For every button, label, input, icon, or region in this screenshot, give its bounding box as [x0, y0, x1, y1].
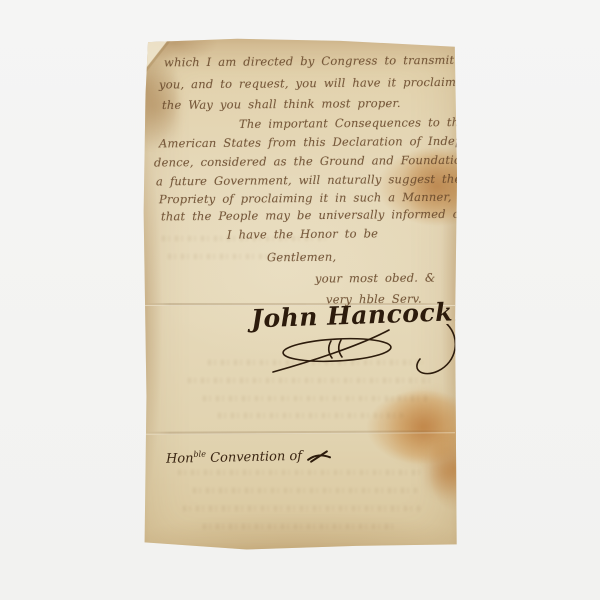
docket-line: Honble Convention of: [166, 447, 332, 467]
manuscript-line: American States from this Declaration of…: [159, 134, 481, 151]
bleed-through-line: [213, 413, 403, 418]
manuscript-line: Propriety of proclaiming it in such a Ma…: [159, 190, 452, 207]
signature-paraph: [239, 324, 469, 388]
bleed-through-line: [188, 488, 418, 493]
photo-backdrop: which I am directed by Congress to trans…: [0, 0, 600, 600]
bleed-through-line: [198, 396, 428, 401]
docket-text: Honble Convention of: [166, 449, 302, 467]
bleed-through-line: [178, 506, 423, 511]
manuscript-line: Gentlemen,: [267, 250, 336, 265]
manuscript-line: dence, considered as the Ground and Foun…: [154, 153, 487, 170]
manuscript-line: I have the Honor to be: [227, 226, 378, 241]
signature-title: Presidt: [455, 308, 506, 325]
manuscript-line: the Way you shall think most proper.: [162, 96, 401, 112]
manuscript-line: a future Government, will naturally sugg…: [156, 172, 462, 189]
manuscript-line: that the People may be universally infor…: [161, 207, 484, 224]
letter-document: which I am directed by Congress to trans…: [143, 38, 457, 550]
manuscript-line: you, and to request, you will have it pr…: [159, 75, 489, 92]
stain-right-edge: [425, 434, 467, 508]
bleed-through-line: [198, 524, 398, 529]
stain-lower-right: [381, 388, 467, 466]
manuscript-line: The important Consequences to the: [239, 115, 466, 131]
manuscript-line: which I am directed by Congress to trans…: [164, 53, 473, 70]
docket-strike-mark: [306, 449, 332, 464]
bleed-through-line: [173, 470, 423, 475]
fold-crease-lower: [145, 430, 455, 435]
manuscript-line: your most obed. &: [315, 270, 436, 285]
